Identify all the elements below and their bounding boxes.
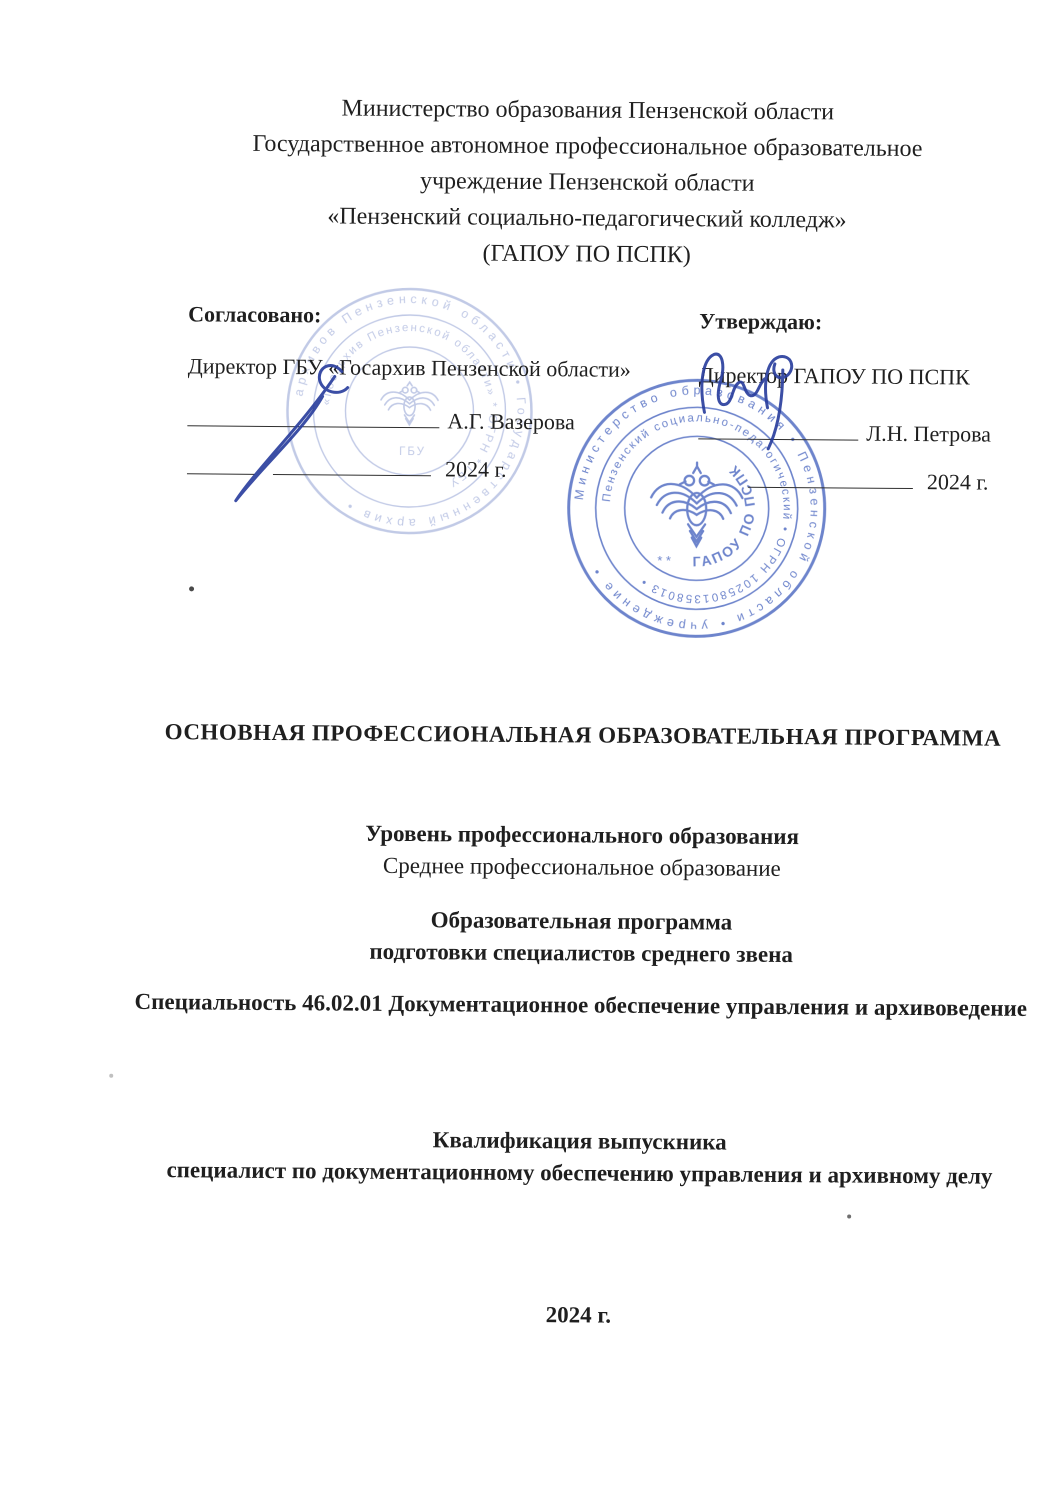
scan-speck (847, 1215, 851, 1219)
qualification-heading: Квалификация выпускника (126, 1125, 1034, 1158)
approved-signer-name: Л.Н. Петрова (866, 421, 991, 447)
approved-date-year: 2024 г. (927, 469, 989, 494)
scan-speck (109, 1074, 113, 1078)
scanned-title-page: Министерство образования Пензенской обла… (0, 0, 1058, 1496)
approved-block: Утверждаю: Директор ГАПОУ ПО ПСПК Л.Н. П… (699, 308, 1009, 310)
signature-line (698, 416, 858, 440)
approved-heading: Утверждаю: (699, 308, 822, 335)
college-round-stamp-image: Министерство образования • Пензенской об… (561, 372, 833, 644)
signature-line (187, 403, 439, 428)
agreed-role: Директор ГБУ «Госархив Пензенской област… (188, 353, 631, 382)
scan-speck (189, 586, 194, 591)
education-level-value: Среднее профессиональное образование (128, 851, 1036, 884)
qualification-value: специалист по документационному обеспече… (125, 1157, 1033, 1190)
education-level-heading: Уровень профессионального образования (128, 819, 1036, 852)
approved-role: Директор ГАПОУ ПО ПСПК (699, 362, 970, 390)
main-title: ОСНОВНАЯ ПРОФЕССИОНАЛЬНАЯ ОБРАЗОВАТЕЛЬНА… (129, 719, 1037, 752)
agreed-date-row: 2024 г. (187, 451, 507, 483)
scan-content: Министерство образования Пензенской обла… (0, 0, 1058, 1496)
header-line-abbrev: (ГАПОУ ПО ПСПК) (133, 233, 1041, 276)
specialty-line: Специальность 46.02.01 Документационное … (127, 989, 1035, 1022)
agreed-date-year: 2024 г. (445, 456, 507, 481)
date-line (187, 451, 255, 475)
program-type-heading: Образовательная программа (127, 905, 1035, 938)
footer-year: 2024 г. (124, 1299, 1032, 1332)
date-line (273, 452, 431, 476)
agreed-heading: Согласовано: (188, 301, 321, 328)
approved-signature-row: Л.Н. Петрова (698, 416, 991, 447)
agreed-signature-row: А.Г. Вазерова (187, 403, 575, 435)
program-type-value: подготовки специалистов среднего звена (127, 937, 1035, 970)
approved-date-row: 2024 г. (748, 465, 989, 496)
agreed-signer-name: А.Г. Вазерова (447, 408, 575, 434)
date-line (748, 465, 913, 489)
right-stamp-stars: * * (657, 553, 671, 568)
